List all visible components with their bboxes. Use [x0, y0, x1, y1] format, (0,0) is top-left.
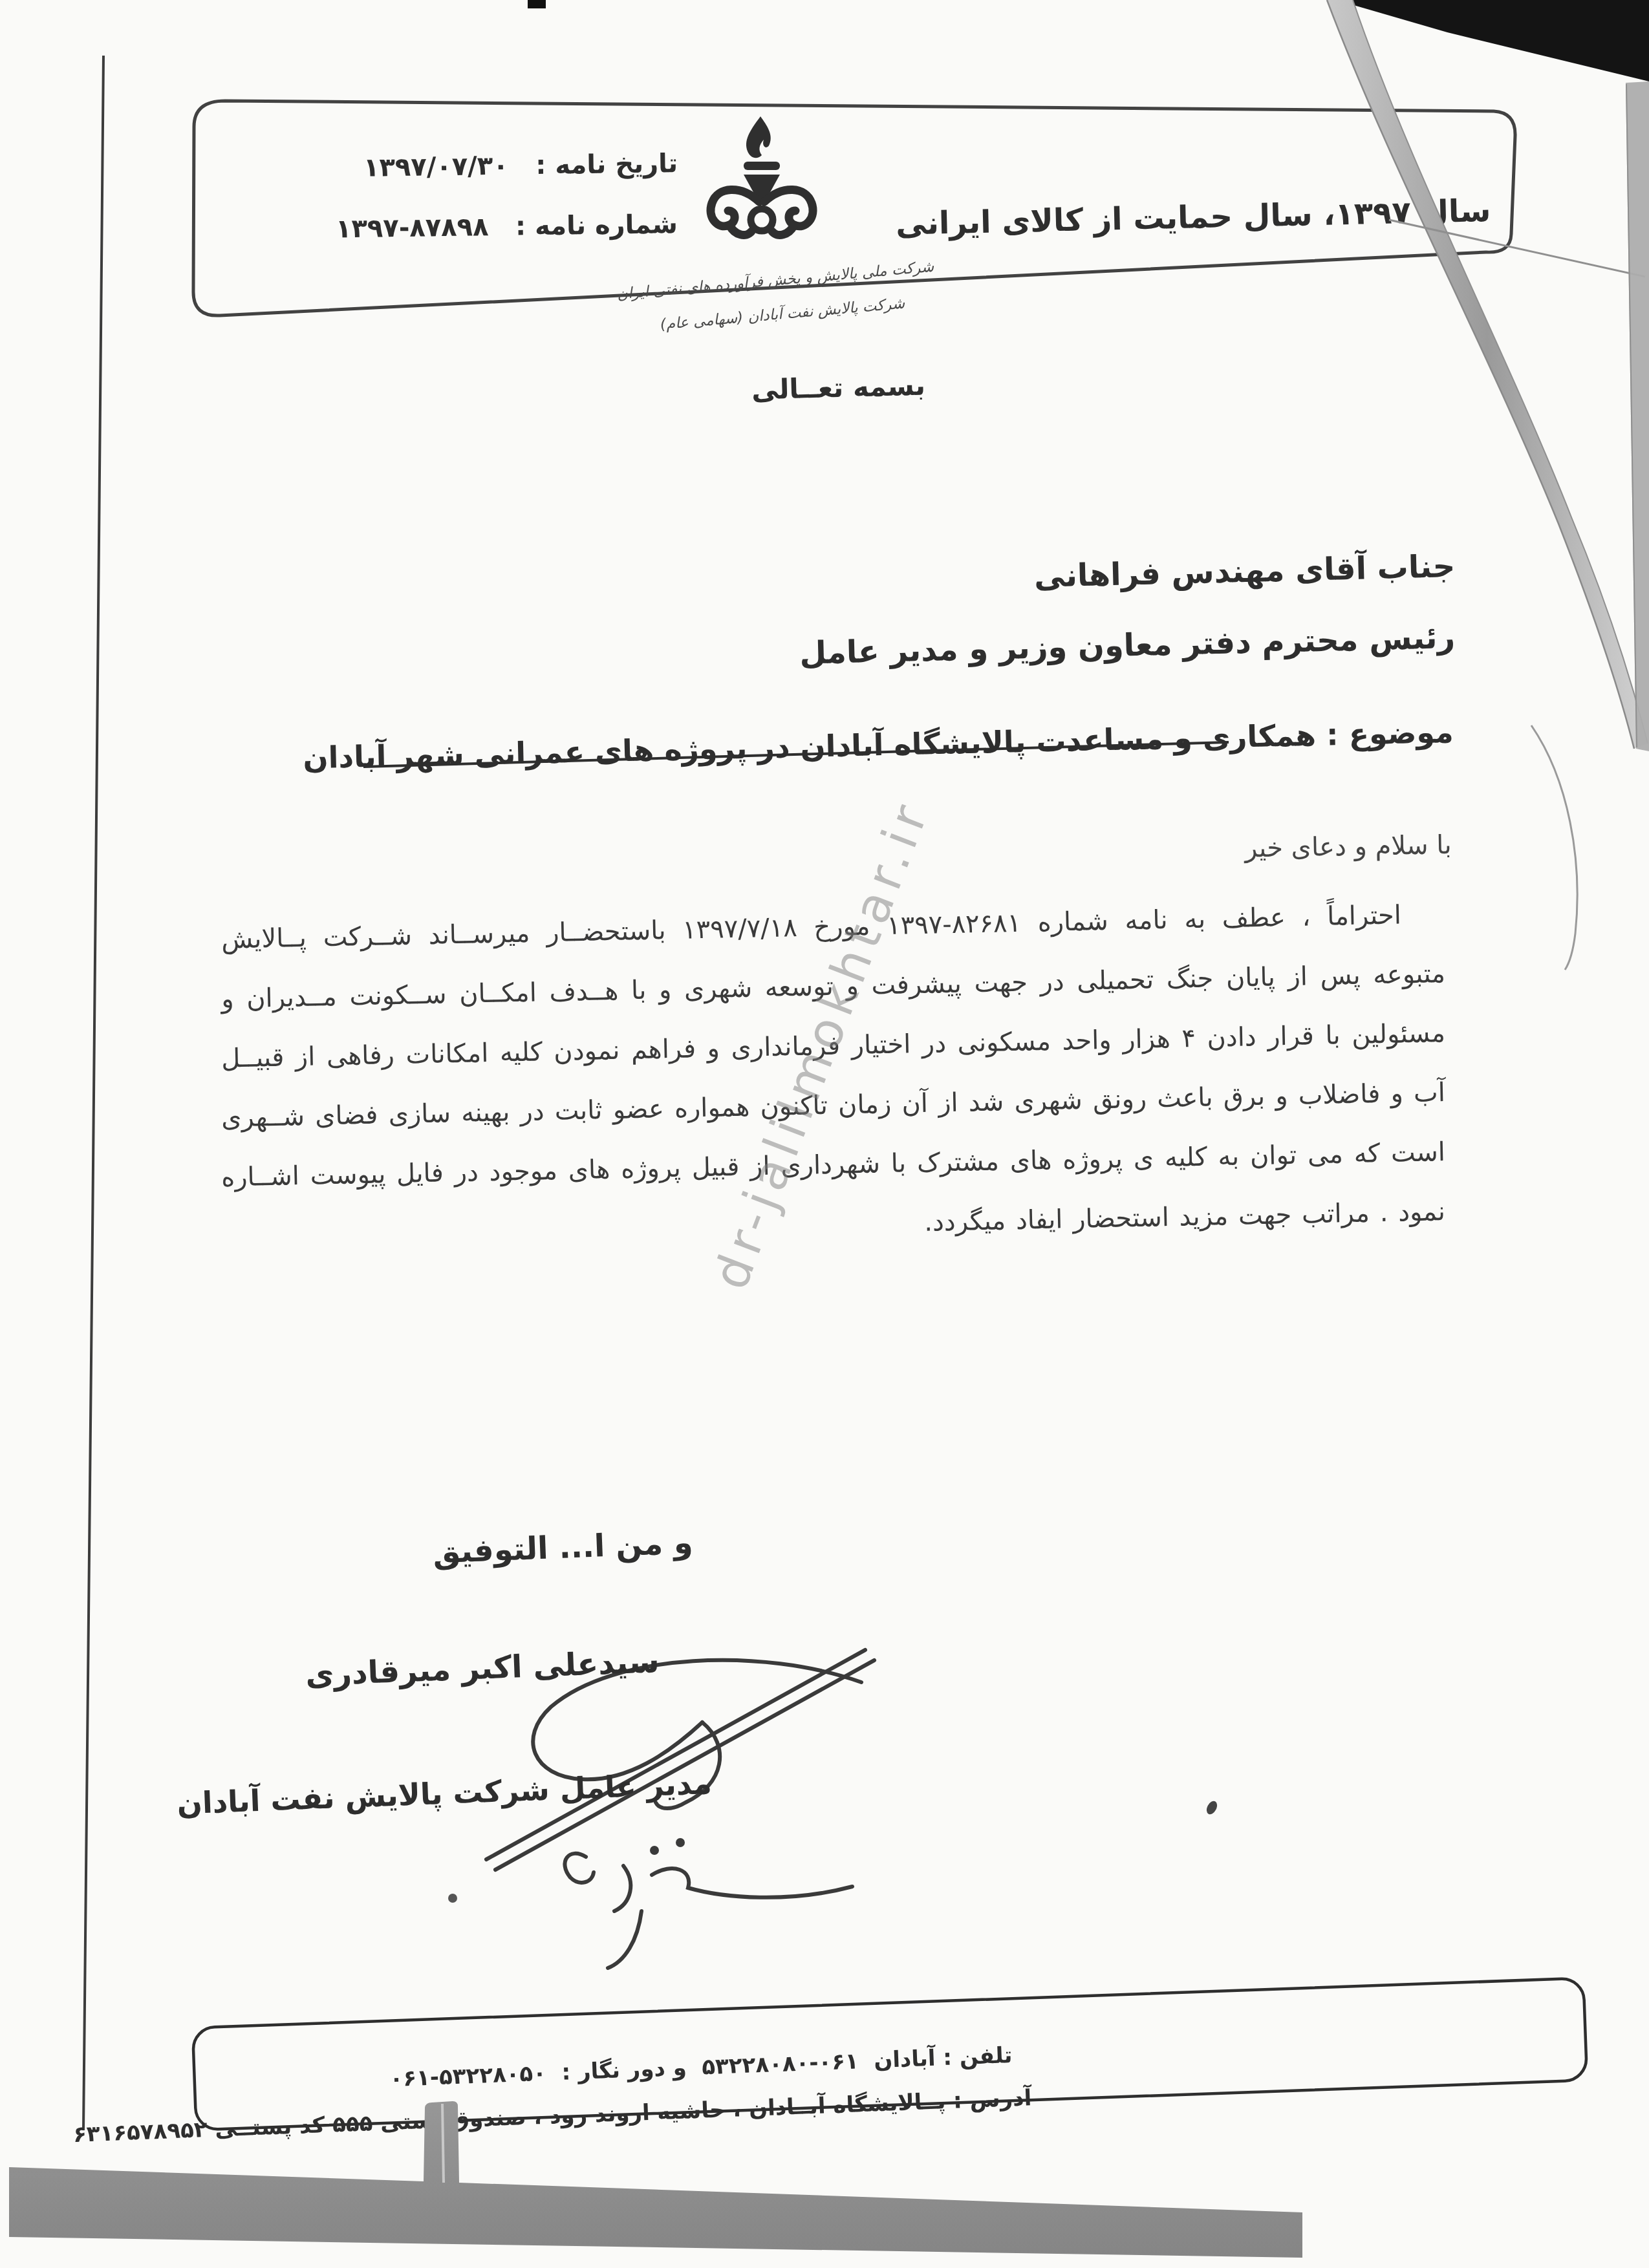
bottom-scan-band-artifact [9, 2101, 1302, 2258]
scan-top-dash-artifact [528, 0, 546, 8]
scan-artifacts-overlay [0, 0, 1649, 2268]
band-light-seam [442, 2104, 444, 2183]
right-edge-scan-strip [1626, 81, 1649, 751]
scanned-letter-page: تاریخ نامه : ۱۳۹۷/۰۷/۳۰ شماره نامه : ۱۳۹… [0, 0, 1649, 2268]
hair-line-artifact [1531, 725, 1577, 970]
secondary-crease-line [1389, 220, 1645, 277]
corner-fold-black-wedge [1336, 0, 1649, 81]
